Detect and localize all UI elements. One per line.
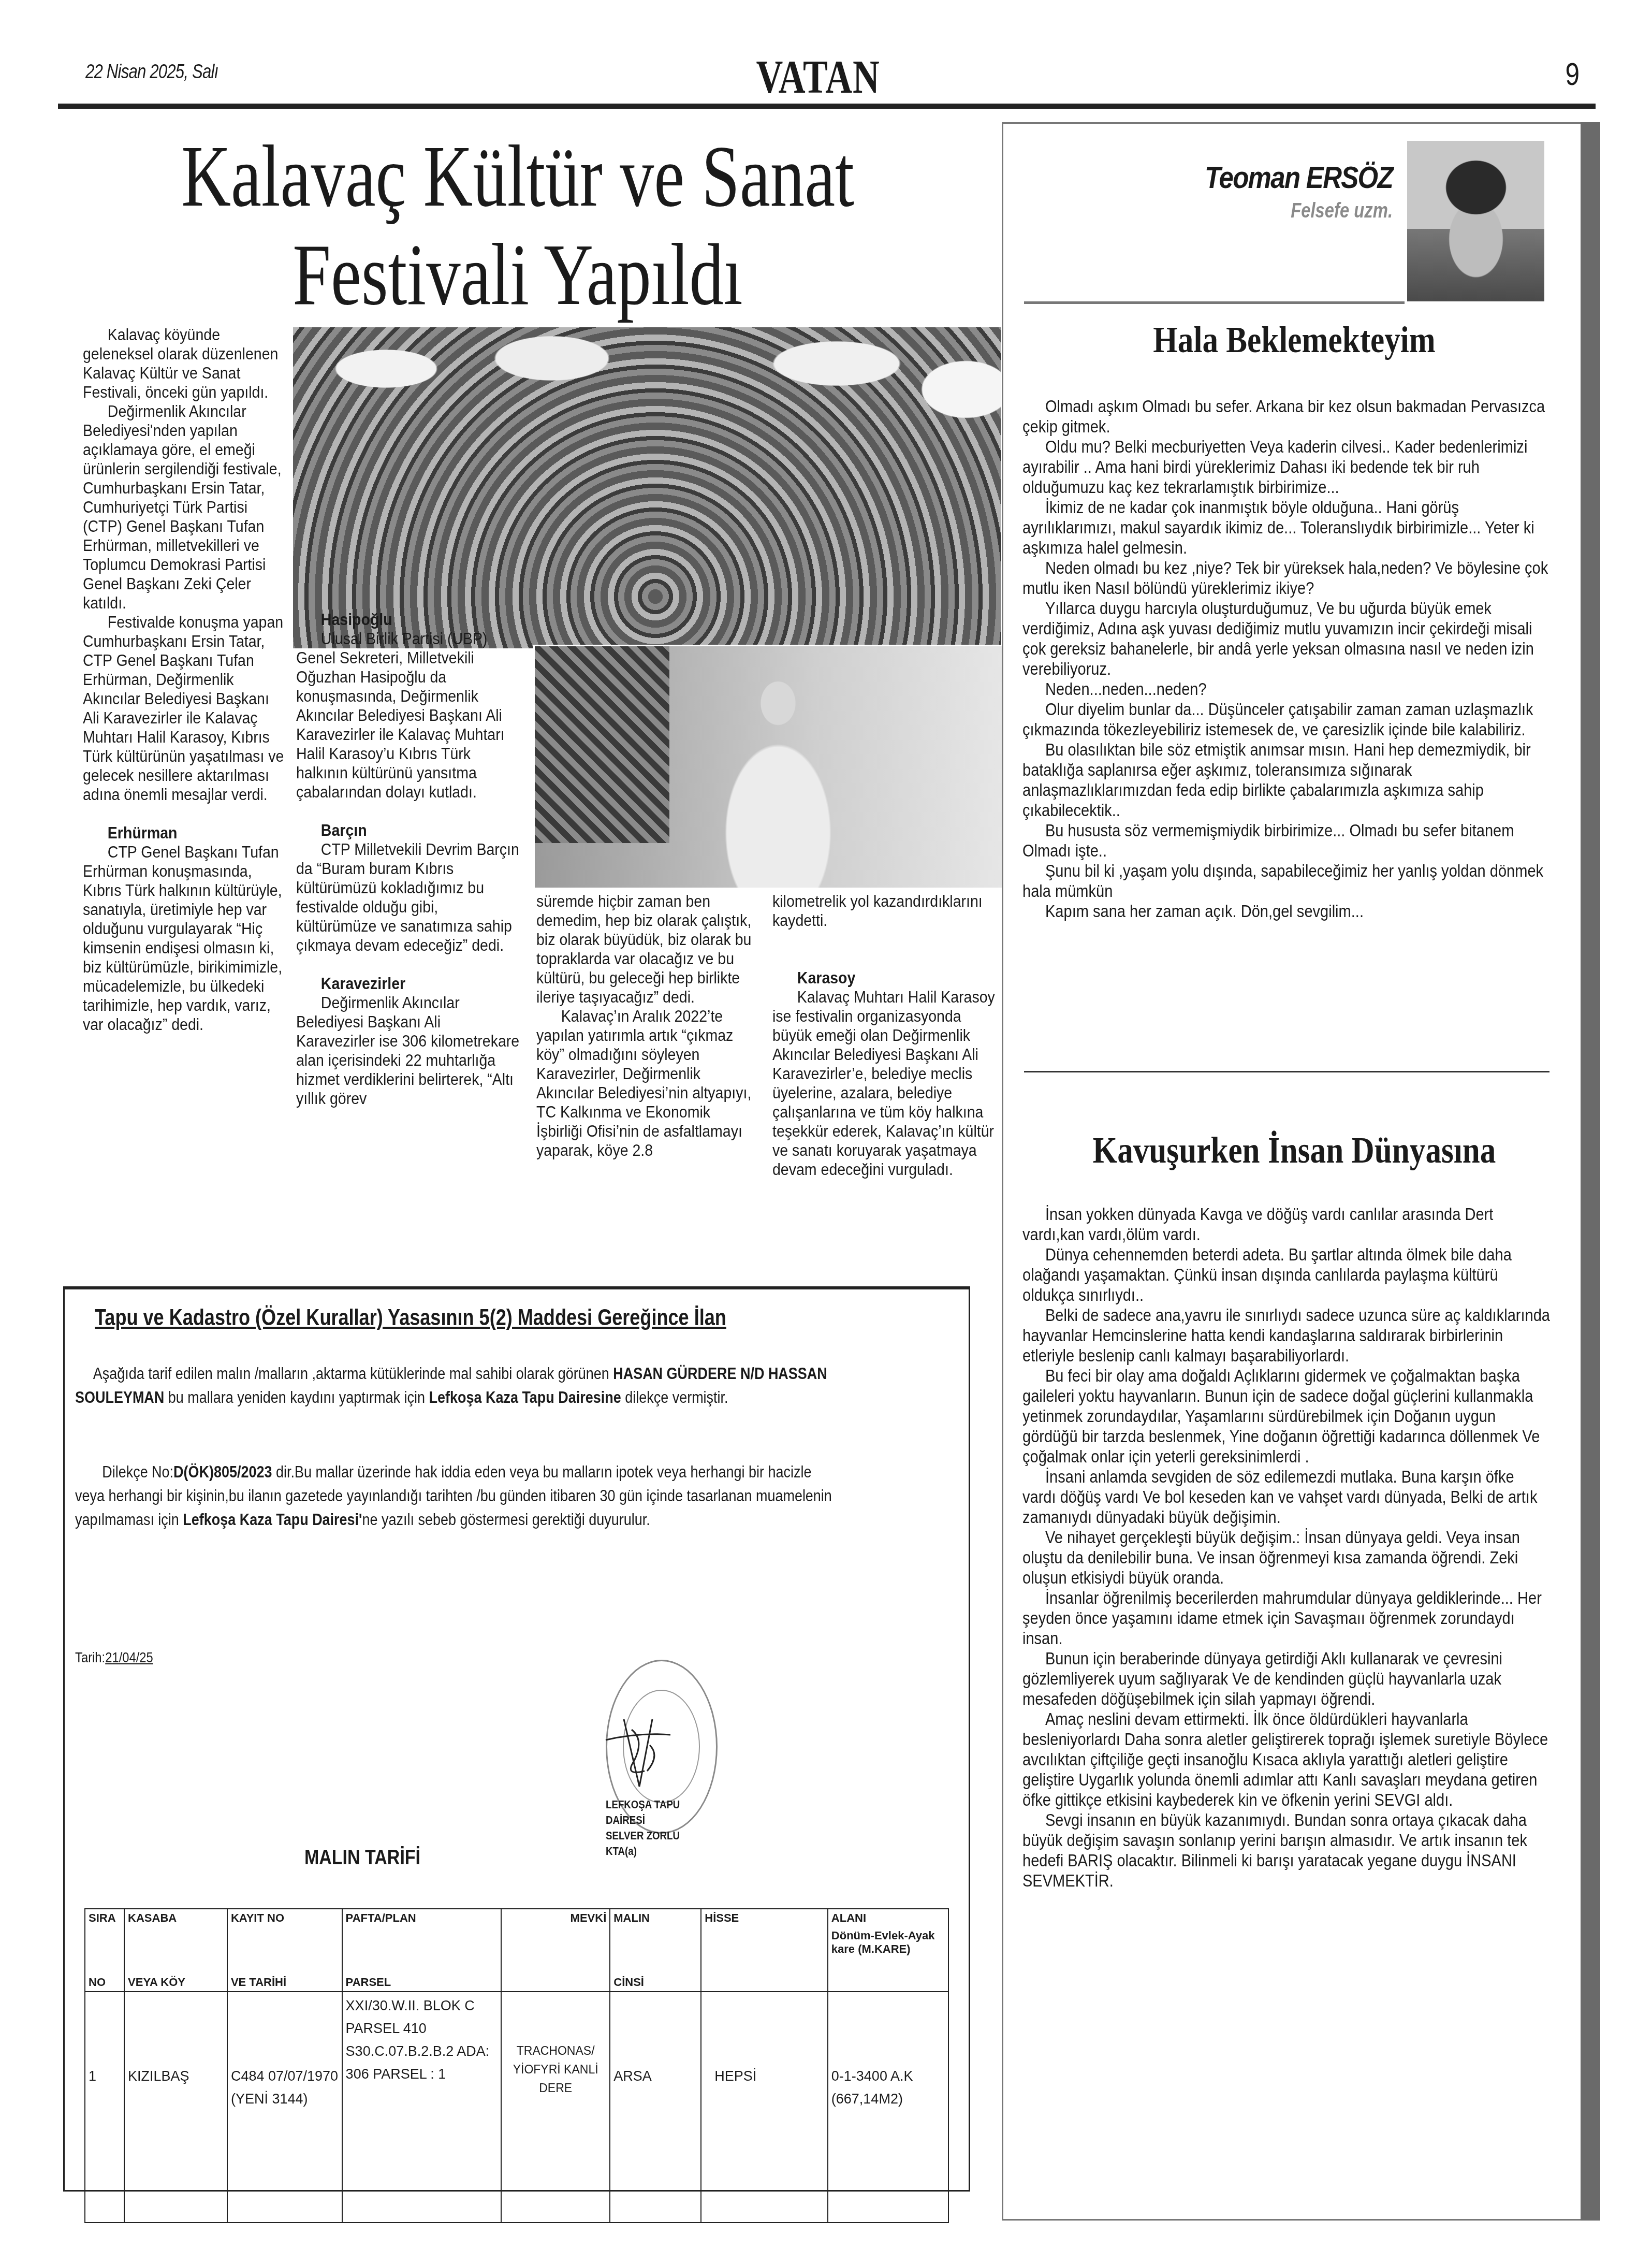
notice-date: Tarih:21/04/25 — [75, 1649, 153, 1666]
paragraph: Olmadı aşkım Olmadı bu sefer. Arkana bir… — [1022, 396, 1551, 437]
article-column-4: kilometrelik yol kazandırdıklarını kayde… — [772, 892, 996, 1179]
table-header-row: SIRANO KASABAVEYA KÖY KAYIT NOVE TARİHİ … — [85, 1909, 948, 1992]
paragraph: Oldu mu? Belki mecburiyetten Veya kaderi… — [1022, 437, 1551, 497]
signer-block: LEFKOŞA TAPU DAİRESİ SELVER ZORLU KTA(a) — [606, 1797, 680, 1859]
paragraph: süremde hiçbir zaman ben demedim, hep bi… — [536, 892, 760, 1007]
paragraph: Değirmenlik Akıncılar Belediyesi'nden ya… — [83, 402, 288, 613]
newspaper-title: VATAN — [737, 49, 899, 104]
paragraph: Şunu bil ki ,yaşam yolu dışında, sapabil… — [1022, 861, 1551, 901]
paragraph: Kapım sana her zaman açık. Dön,gel sevgi… — [1022, 901, 1551, 921]
paragraph: Yıllarca duygu harcıyla oluşturduğumuz, … — [1022, 598, 1551, 679]
column-shadow-bar — [1581, 122, 1600, 2221]
property-description-title: MALIN TARİFİ — [109, 1846, 616, 1869]
paragraph: Dünya cehennemden beterdi adeta. Bu şart… — [1022, 1244, 1551, 1305]
paragraph: İkimiz de ne kadar çok inanmıştık böyle … — [1022, 497, 1551, 558]
subheading: Erhürman — [83, 823, 288, 843]
paragraph: Bu olasılıktan bile söz etmiştik anımsar… — [1022, 739, 1551, 820]
paragraph: Amaç neslini devam ettirmekti. İlk önce … — [1022, 1709, 1551, 1810]
property-table: SIRANO KASABAVEYA KÖY KAYIT NOVE TARİHİ … — [84, 1908, 949, 2223]
cell-kasaba: KIZILBAŞ — [124, 1992, 227, 2223]
article-column-2: Hasipoğlu Ulusal Birlik Partisi (UBP) Ge… — [296, 610, 534, 1108]
paragraph: İnsanlar öğrenilmiş becerilerden mahrumd… — [1022, 1588, 1551, 1648]
column-article-2: İnsan yokken dünyada Kavga ve döğüş vard… — [1022, 1204, 1551, 1891]
column-title-1: Hala Beklemekteyim — [1057, 318, 1532, 361]
article-column-3: süremde hiçbir zaman ben demedim, hep bi… — [536, 892, 760, 1160]
column-title-2: Kavuşurken İnsan Dünyasına — [1057, 1129, 1532, 1172]
author-name: Teoman ERSÖZ — [1164, 159, 1393, 195]
legal-notice-title: Tapu ve Kadastro (Özel Kurallar) Yasasın… — [95, 1305, 782, 1331]
land-office: Lefkoşa Kaza Tapu Dairesine — [429, 1388, 621, 1406]
cell-hisse: HEPSİ — [701, 1992, 828, 2223]
subheading: Karavezirler — [296, 974, 534, 993]
paragraph: Bu hususta söz vermemişmiydik birbirimiz… — [1022, 820, 1551, 861]
cell-sira: 1 — [85, 1992, 124, 2223]
paragraph: Kalavaç köyünde geleneksel olarak düzenl… — [83, 325, 288, 402]
paragraph: Ulusal Birlik Partisi (UBP) Genel Sekret… — [296, 629, 520, 802]
paragraph: İnsan yokken dünyada Kavga ve döğüş vard… — [1022, 1204, 1551, 1244]
paragraph: Kalavaç Muhtarı Halil Karasoy ise festiv… — [772, 988, 996, 1179]
paragraph: Neden...neden...neden? — [1022, 679, 1551, 699]
header-alani: ALANIDönüm-Evlek-Ayak kare (M.KARE) — [828, 1909, 948, 1992]
main-headline: Kalavaç Kültür ve Sanat Festivali Yapıld… — [158, 127, 877, 324]
cell-mevki: TRACHONAS/ YİOFYRİ KANLİ DERE — [501, 1992, 610, 2223]
cell-alani: 0-1-3400 A.K (667,14M2) — [828, 1992, 948, 2223]
signature-icon — [603, 1714, 681, 1792]
header-malin: MALINCİNSİ — [610, 1909, 701, 1992]
paragraph: Ve nihayet gerçekleşti büyük değişim.: İ… — [1022, 1527, 1551, 1588]
paragraph: kilometrelik yol kazandırdıklarını kayde… — [772, 892, 996, 930]
headline-line-2: Festivali Yapıldı — [158, 225, 877, 324]
author-rule — [1024, 301, 1405, 304]
header-mevki: MEVKİ — [501, 1909, 610, 1992]
land-office: Lefkoşa Kaza Tapu Dairesi' — [183, 1511, 362, 1529]
cell-pafta: XXI/30.W.II. BLOK C PARSEL 410 S30.C.07.… — [342, 1992, 501, 2223]
paragraph: İnsani anlamda sevgiden de söz edilemezd… — [1022, 1467, 1551, 1527]
subheading: Hasipoğlu — [296, 610, 534, 629]
header-sira: SIRANO — [85, 1909, 124, 1992]
paragraph: Sevgi insanın en büyük kazanımıydı. Bund… — [1022, 1810, 1551, 1891]
legal-notice-box: Tapu ve Kadastro (Özel Kurallar) Yasasın… — [63, 1286, 970, 2192]
paragraph: Olur diyelim bunlar da... Düşünceler çat… — [1022, 699, 1551, 739]
column-divider — [1024, 1071, 1549, 1072]
paragraph: CTP Genel Başkanı Tufan Erhürman konuşma… — [83, 843, 288, 1034]
paragraph: Bu feci bir olay ama doğaldı Açlıklarını… — [1022, 1366, 1551, 1467]
article-column-1: Kalavaç köyünde geleneksel olarak düzenl… — [83, 325, 288, 1034]
issue-date: 22 Nisan 2025, Salı — [85, 61, 218, 83]
paragraph: Festivalde konuşma yapan Cumhurbaşkanı E… — [83, 613, 288, 804]
header-kayit: KAYIT NOVE TARİHİ — [227, 1909, 342, 1992]
legal-paragraph-1: Aşağıda tarif edilen malın /malların ,ak… — [75, 1362, 841, 1410]
paragraph: Bunun için beraberinde dünyaya getirdiği… — [1022, 1648, 1551, 1709]
author-role: Felsefe uzm. — [1180, 199, 1393, 223]
petition-number: D(ÖK)805/2023 — [173, 1463, 272, 1481]
paragraph: Neden olmadı bu kez ,niye? Tek bir yürek… — [1022, 558, 1551, 598]
header-hisse: HİSSE — [701, 1909, 828, 1992]
table-row: 1 KIZILBAŞ C484 07/07/1970 (YENİ 3144) X… — [85, 1992, 948, 2223]
festival-crowd-photo — [293, 327, 1001, 648]
subheading: Barçın — [296, 821, 534, 840]
legal-paragraph-2: Dilekçe No:D(ÖK)805/2023 dir.Bu mallar ü… — [75, 1460, 841, 1532]
cell-kayit: C484 07/07/1970 (YENİ 3144) — [227, 1992, 342, 2223]
paragraph: CTP Milletvekili Devrim Barçın da “Buram… — [296, 840, 520, 955]
page-number: 9 — [1565, 56, 1580, 93]
header-pafta: PAFTA/PLANPARSEL — [342, 1909, 501, 1992]
subheading: Karasoy — [772, 968, 996, 988]
folk-dancer-photo — [533, 645, 1005, 889]
paragraph: Belki de sadece ana,yavru ile sınırlıydı… — [1022, 1305, 1551, 1366]
author-photo — [1407, 141, 1544, 301]
paragraph: Değirmenlik Akıncılar Belediyesi Başkanı… — [296, 993, 520, 1108]
cell-cinsi: ARSA — [610, 1992, 701, 2223]
masthead-rule — [58, 104, 1596, 109]
column-article-1: Olmadı aşkım Olmadı bu sefer. Arkana bir… — [1022, 396, 1551, 921]
header-kasaba: KASABAVEYA KÖY — [124, 1909, 227, 1992]
paragraph: Kalavaç’ın Aralık 2022’te yapılan yatırı… — [536, 1007, 760, 1160]
headline-line-1: Kalavaç Kültür ve Sanat — [158, 127, 877, 225]
